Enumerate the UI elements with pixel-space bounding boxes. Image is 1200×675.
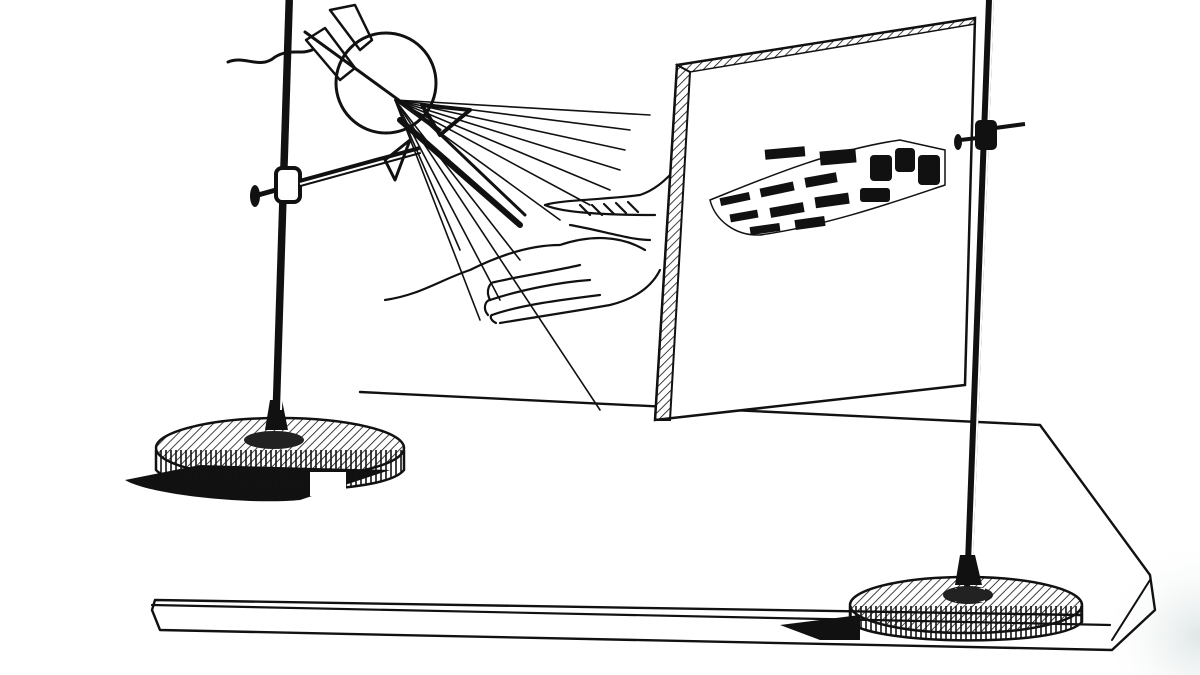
xray-illustration: [0, 0, 1200, 675]
fluorescent-screen: [655, 18, 975, 420]
right-stand-base: [780, 577, 1082, 640]
left-stand-base: [125, 400, 404, 501]
left-stand-rod: [250, 0, 420, 410]
